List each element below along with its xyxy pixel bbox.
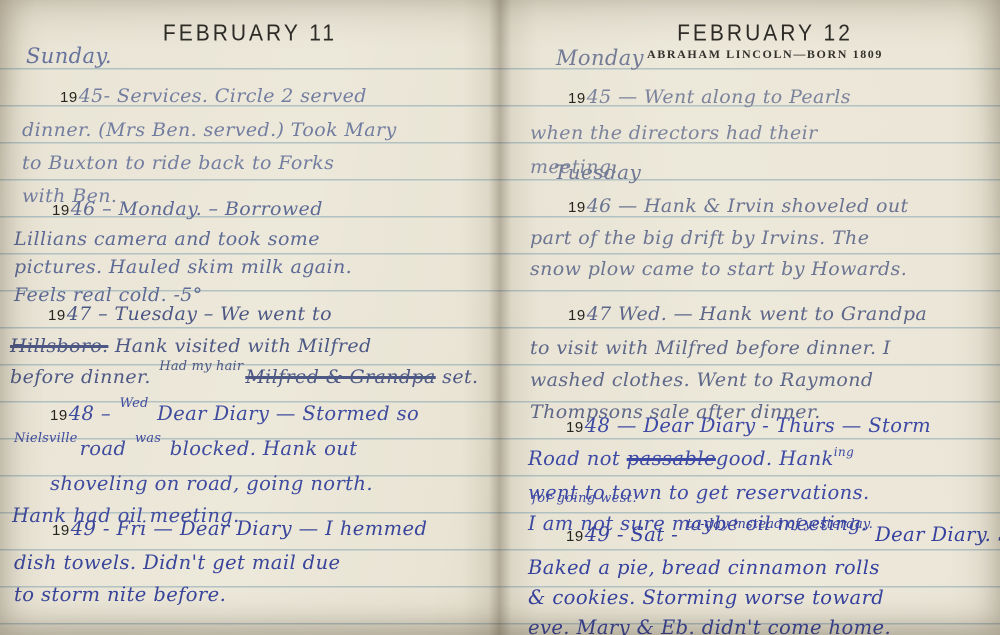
- book-binding-gutter: [462, 0, 538, 635]
- diary-entry-1947: 1947 – Tuesday – We went to Hillsboro. H…: [10, 299, 478, 395]
- entry-line: dish towels. Didn't get mail due: [14, 547, 427, 579]
- day-label-sunday: Sunday.: [26, 44, 112, 68]
- diary-entry-1948: 1948 – Wed Dear Diary — Stormed so Niels…: [12, 398, 419, 532]
- entry-line: blocked. Hank out: [163, 437, 357, 460]
- year-printed-prefix: 19: [566, 528, 585, 545]
- entry-line: 46 – Monday. – Borrowed: [71, 198, 323, 220]
- year-printed-prefix: 19: [568, 307, 587, 324]
- entry-line: washed clothes. Went to Raymond: [530, 364, 927, 396]
- year-printed-prefix: 19: [48, 307, 67, 324]
- day-label-monday: Monday: [556, 46, 644, 70]
- year-printed-prefix: 19: [566, 419, 585, 436]
- diary-entry-1946: 1946 — Hank & Irvin shoveled out part of…: [530, 191, 909, 285]
- page-date-header: FEBRUARY 12: [530, 21, 1000, 48]
- entry-line: dinner. (Mrs Ben. served.) Took Mary: [22, 114, 397, 147]
- diary-entry-1949: 1949 - Fri — Dear Diary — I hemmed dish …: [14, 513, 427, 611]
- struck-text: Milfred & Grandpa: [245, 366, 435, 388]
- entry-line: part of the big drift by Irvins. The: [530, 223, 909, 254]
- entry-line: 49 - Sat -: [585, 523, 685, 546]
- entry-line: eve. Mary & Eb. didn't come home.: [528, 613, 1000, 635]
- entry-line: Lillians camera and took some: [14, 225, 352, 253]
- interlinear-insertion: Had my hair: [157, 359, 245, 374]
- entry-line: road: [80, 437, 133, 460]
- entry-line: 46 — Hank & Irvin shoveled out: [587, 195, 909, 217]
- struck-text: passable: [627, 447, 716, 470]
- entry-line: 49 - Fri — Dear Diary — I hemmed: [71, 517, 428, 540]
- entry-line: Hank visited with Milfred: [108, 335, 371, 357]
- diary-entry-1947: 1947 Wed. — Hank went to Grandpa to visi…: [530, 298, 927, 428]
- entry-line: Dear Diary. Storming: [875, 523, 1000, 546]
- entry-line: Baked a pie, bread cinnamon rolls: [528, 553, 1000, 583]
- entry-line: 45- Services. Circle 2 served: [79, 85, 367, 107]
- entry-line: pictures. Hauled skim milk again.: [14, 253, 352, 281]
- entry-line: to Buxton to ride back to Forks: [22, 147, 397, 180]
- entry-line: & cookies. Storming worse toward: [528, 583, 1000, 613]
- entry-line: when the directors had their: [530, 116, 851, 150]
- year-printed-prefix: 19: [52, 522, 71, 539]
- year-printed-prefix: 19: [50, 407, 69, 424]
- entry-line: good. Hank: [716, 447, 834, 470]
- entry-line: 45 — Went along to Pearls: [587, 86, 851, 108]
- entry-line: 48 –: [69, 402, 118, 425]
- entry-line: 48 — Dear Diary - Thurs — Storm: [585, 414, 931, 437]
- entry-line: Dear Diary — Stormed so: [151, 402, 420, 425]
- entry-line: 47 Wed. — Hank went to Grandpa: [587, 303, 927, 325]
- interlinear-insertion: Wed: [118, 396, 151, 411]
- interlinear-insertion: Nielsville: [12, 431, 80, 446]
- entry-line: to visit with Milfred before dinner. I: [530, 332, 927, 364]
- year-printed-prefix: 19: [60, 89, 79, 106]
- year-printed-prefix: 19: [568, 90, 587, 107]
- year-printed-prefix: 19: [568, 199, 587, 216]
- diary-entry-1946: 1946 – Monday. – Borrowed Lillians camer…: [14, 195, 352, 309]
- interlinear-insertion: was: [133, 431, 163, 446]
- interlinear-insertion: to-day instead of yesterday.: [685, 517, 875, 532]
- entry-line: 47 – Tuesday – We went to: [67, 303, 332, 325]
- struck-text: Hillsboro.: [10, 335, 108, 357]
- entry-line: Road not: [528, 447, 627, 470]
- diary-entry-1945: 1945- Services. Circle 2 served dinner. …: [22, 80, 397, 213]
- entry-line: before dinner.: [10, 366, 157, 388]
- year-printed-prefix: 19: [52, 202, 71, 219]
- page-february-11: FEBRUARY 11 Sunday. 1945- Services. Circ…: [0, 0, 500, 635]
- diary-entry-1949: 1949 - Sat - to-day instead of yesterday…: [528, 520, 1000, 635]
- page-february-12: FEBRUARY 12 ABRAHAM LINCOLN—BORN 1809 Mo…: [500, 0, 1000, 635]
- entry-line: shoveling on road, going north.: [12, 468, 419, 500]
- entry-line: to storm nite before.: [14, 579, 427, 611]
- superscript-text: ing: [834, 445, 854, 459]
- entry-line: snow plow came to start by Howards.: [530, 254, 909, 285]
- day-label-tuesday: Tuesday: [554, 160, 641, 184]
- diary-spread: FEBRUARY 11 Sunday. 1945- Services. Circ…: [0, 0, 1000, 635]
